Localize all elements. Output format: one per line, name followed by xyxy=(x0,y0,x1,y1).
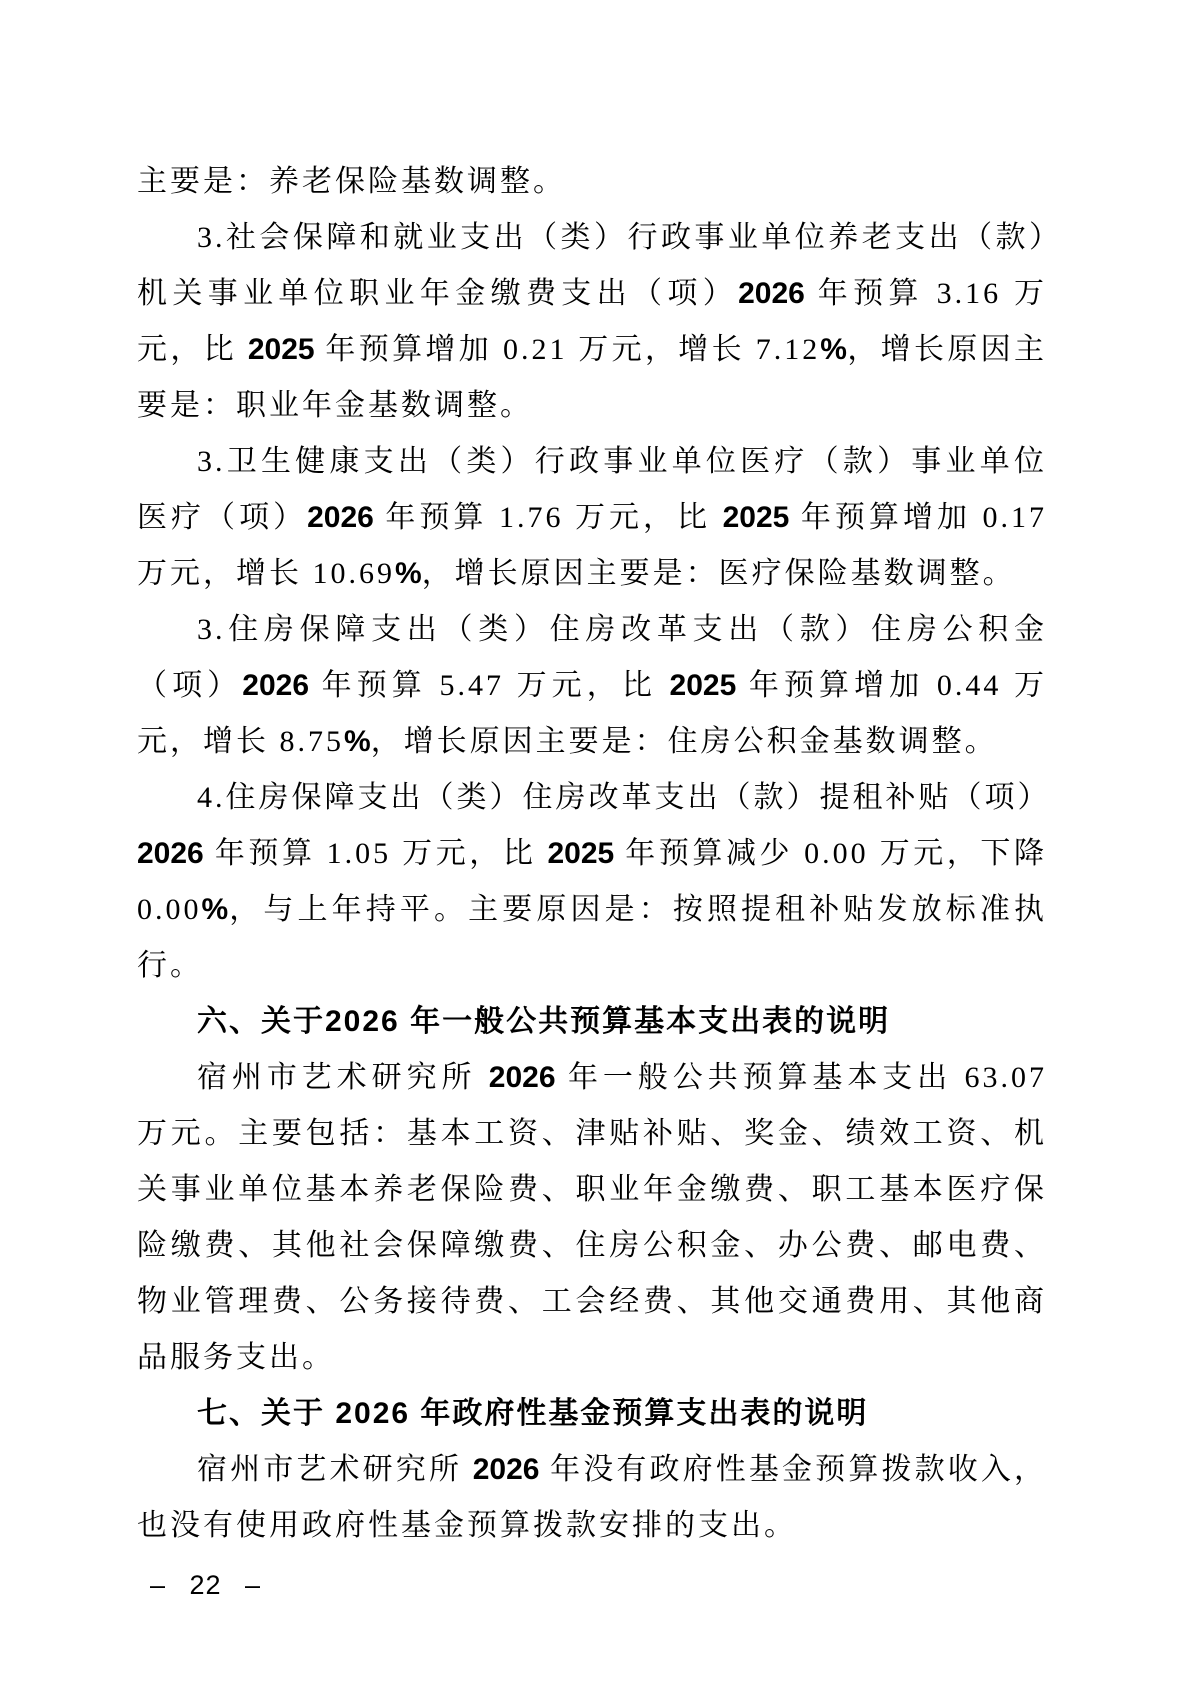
bold-number: 2025 xyxy=(723,501,790,534)
section-heading: 六、关于2026 年一般公共预算基本支出表的说明 xyxy=(137,994,1047,1050)
text-run: 宿州市艺术研究所 xyxy=(197,1453,473,1486)
text-run: 主要是：养老保险基数调整。 xyxy=(137,165,566,198)
text-run: 年预算 1.05 万元，比 xyxy=(204,837,548,870)
section-heading: 七、关于 2026 年政府性基金预算支出表的说明 xyxy=(137,1386,1047,1442)
bold-number: % xyxy=(395,557,422,590)
paragraph: 宿州市艺术研究所 2026 年一般公共预算基本支出 63.07 万元。主要包括：… xyxy=(137,1050,1047,1386)
bold-number: 2026 xyxy=(242,669,309,702)
text-run: 年预算 5.47 万元，比 xyxy=(309,669,670,702)
text-run: 年一般公共预算基本支出 63.07 万元。主要包括：基本工资、津贴补贴、奖金、绩… xyxy=(137,1061,1047,1374)
bold-number: 2025 xyxy=(248,333,315,366)
paragraph: 宿州市艺术研究所 2026 年没有政府性基金预算拨款收入，也没有使用政府性基金预… xyxy=(137,1442,1047,1554)
bold-number: 2026 xyxy=(738,277,805,310)
bold-number: 2025 xyxy=(670,669,737,702)
document-body: 主要是：养老保险基数调整。3.社会保障和就业支出（类）行政事业单位养老支出（款）… xyxy=(137,154,1047,1554)
text-run: 宿州市艺术研究所 xyxy=(197,1061,489,1094)
paragraph: 3.卫生健康支出（类）行政事业单位医疗（款）事业单位医疗（项）2026 年预算 … xyxy=(137,434,1047,602)
bold-number: 2025 xyxy=(547,837,614,870)
document-page: 主要是：养老保险基数调整。3.社会保障和就业支出（类）行政事业单位养老支出（款）… xyxy=(0,0,1190,1683)
bold-number: 2026 xyxy=(307,501,374,534)
text-run: ，增长原因主要是：住房公积金基数调整。 xyxy=(371,725,998,758)
paragraph: 3.住房保障支出（类）住房改革支出（款）住房公积金（项）2026 年预算 5.4… xyxy=(137,602,1047,770)
paragraph: 3.社会保障和就业支出（类）行政事业单位养老支出（款）机关事业单位职业年金缴费支… xyxy=(137,210,1047,434)
bold-number: 2026 xyxy=(489,1061,556,1094)
bold-number: % xyxy=(820,333,847,366)
text-run: 年预算 1.76 万元，比 xyxy=(374,501,723,534)
text-run: 4.住房保障支出（类）住房改革支出（款）提租补贴（项） xyxy=(197,781,1051,814)
bold-number: % xyxy=(344,725,371,758)
text-run: ，与上年持平。主要原因是：按照提租补贴发放标准执行。 xyxy=(137,893,1047,982)
paragraph: 4.住房保障支出（类）住房改革支出（款）提租补贴（项）2026 年预算 1.05… xyxy=(137,770,1047,994)
text-run: 年预算增加 0.21 万元，增长 7.12 xyxy=(315,333,821,366)
page-number: – 22 – xyxy=(150,1570,261,1601)
text-run: 六、关于2026 年一般公共预算基本支出表的说明 xyxy=(197,1005,890,1038)
bold-number: % xyxy=(202,893,229,926)
bold-number: 2026 xyxy=(473,1453,540,1486)
text-run: ，增长原因主要是：医疗保险基数调整。 xyxy=(422,557,1016,590)
bold-number: 2026 xyxy=(137,837,204,870)
text-run: 七、关于 2026 年政府性基金预算支出表的说明 xyxy=(197,1397,868,1430)
paragraph: 主要是：养老保险基数调整。 xyxy=(137,154,1047,210)
